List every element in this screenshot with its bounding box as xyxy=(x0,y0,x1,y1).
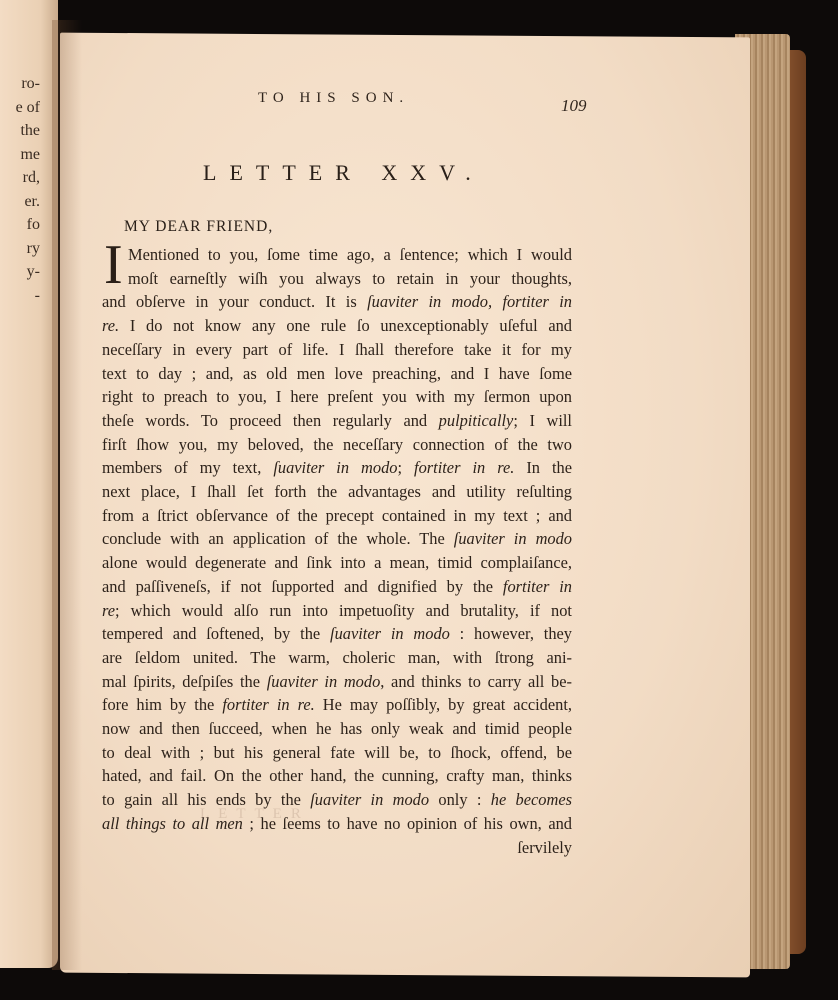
left-page-fragment: y- xyxy=(0,260,40,284)
salutation: MY DEAR FRIEND, xyxy=(124,218,273,236)
text-segment: : however, they xyxy=(450,624,572,643)
catchword: ſervilely xyxy=(102,836,572,860)
text-segment: In the xyxy=(514,458,572,477)
text-line: right to preach to you, I here preſent y… xyxy=(102,385,572,409)
italic-phrase: re. xyxy=(102,316,119,335)
text-segment: hated, and fail. On the other hand, the … xyxy=(102,766,572,785)
text-segment: mal ſpirits, deſpiſes the xyxy=(102,672,267,691)
text-line: theſe words. To proceed then regularly a… xyxy=(102,409,572,433)
text-segment: ; which would alſo run into impetuoſity … xyxy=(115,601,572,620)
text-segment: conclude with an application of the whol… xyxy=(102,529,454,548)
text-segment: only : xyxy=(429,790,491,809)
text-line: all things to all men ; he ſeems to have… xyxy=(102,812,572,836)
italic-phrase: fortiter in re. xyxy=(414,458,514,477)
text-segment: Mentioned to you, ſome time ago, a ſente… xyxy=(128,245,572,264)
text-line: alone would degenerate and ſink into a m… xyxy=(102,551,572,575)
text-line: and obſerve in your conduct. It is ſuavi… xyxy=(102,290,572,314)
text-segment: , and thinks to carry all be- xyxy=(380,672,572,691)
left-page-fragment: ro- xyxy=(0,72,40,96)
text-line: hated, and fail. On the other hand, the … xyxy=(102,764,572,788)
text-segment: He may poſſibly, by great accident, xyxy=(315,695,572,714)
italic-phrase: ſuaviter in modo xyxy=(454,529,572,548)
italic-phrase: fortiter in re. xyxy=(222,695,314,714)
text-line: re; which would alſo run into impetuoſit… xyxy=(102,599,572,623)
text-line: firſt ſhow you, my beloved, the neceſſar… xyxy=(102,433,572,457)
text-line: next place, I ſhall ſet forth the advant… xyxy=(102,480,572,504)
left-page-fragment: er. xyxy=(0,190,40,214)
left-page-fragment: - xyxy=(0,284,40,308)
text-line: and paſſiveneſs, if not ſupported and di… xyxy=(102,575,572,599)
text-segment: ; I will xyxy=(513,411,572,430)
text-line: to deal with ; but his general fate will… xyxy=(102,741,572,765)
text-segment: members of my text, xyxy=(102,458,273,477)
text-line: now and then ſucceed, when he has only w… xyxy=(102,717,572,741)
text-line: text to day ; and, as old men love preac… xyxy=(102,362,572,386)
text-line: to gain all his ends by the ſuaviter in … xyxy=(102,788,572,812)
text-line: tempered and ſoftened, by the ſuaviter i… xyxy=(102,622,572,646)
text-segment: theſe words. To proceed then regularly a… xyxy=(102,411,439,430)
text-segment: are ſeldom united. The warm, choleric ma… xyxy=(102,648,572,667)
italic-phrase: ſuaviter in modo, fortiter in xyxy=(367,292,572,311)
text-segment: neceſſary in every part of life. I ſhall… xyxy=(102,340,572,359)
left-page-fragment: me xyxy=(0,143,40,167)
left-page-fragment: ry xyxy=(0,237,40,261)
text-line: moſt earneſtly wiſh you always to retain… xyxy=(102,267,572,291)
text-segment: tempered and ſoftened, by the xyxy=(102,624,330,643)
text-line: mal ſpirits, deſpiſes the ſuaviter in mo… xyxy=(102,670,572,694)
italic-phrase: fortiter in xyxy=(503,577,572,596)
text-line: fore him by the fortiter in re. He may p… xyxy=(102,693,572,717)
text-line: are ſeldom united. The warm, choleric ma… xyxy=(102,646,572,670)
text-segment: next place, I ſhall ſet forth the advant… xyxy=(102,482,572,501)
italic-phrase: ſuaviter in modo xyxy=(273,458,397,477)
italic-phrase: ſuaviter in modo xyxy=(310,790,429,809)
page-number: 109 xyxy=(561,96,587,116)
text-segment: alone would degenerate and ſink into a m… xyxy=(102,553,572,572)
text-line: neceſſary in every part of life. I ſhall… xyxy=(102,338,572,362)
text-segment: moſt earneſtly wiſh you always to retain… xyxy=(128,269,572,288)
letter-body: Mentioned to you, ſome time ago, a ſente… xyxy=(102,243,572,859)
left-page-fragment: fo xyxy=(0,213,40,237)
left-page-fragment: rd, xyxy=(0,166,40,190)
left-page-text-fragments: ro-e ofthemerd,er.foryy-- xyxy=(0,72,40,307)
text-segment: fore him by the xyxy=(102,695,222,714)
text-line: re. I do not know any one rule ſo unexce… xyxy=(102,314,572,338)
text-line: members of my text, ſuaviter in modo; fo… xyxy=(102,456,572,480)
text-segment: I do not know any one rule ſo unexceptio… xyxy=(119,316,572,335)
running-head: TO HIS SON. xyxy=(258,90,409,107)
italic-phrase: ſuaviter in modo xyxy=(330,624,450,643)
text-segment: firſt ſhow you, my beloved, the neceſſar… xyxy=(102,435,572,454)
book-gutter-shadow xyxy=(52,20,82,970)
text-line: Mentioned to you, ſome time ago, a ſente… xyxy=(102,243,572,267)
text-segment: and obſerve in your conduct. It is xyxy=(102,292,367,311)
italic-phrase: pulpitically xyxy=(439,411,514,430)
text-segment: right to preach to you, I here preſent y… xyxy=(102,387,572,406)
text-segment: from a ſtrict obſervance of the precept … xyxy=(102,506,572,525)
text-segment: now and then ſucceed, when he has only w… xyxy=(102,719,572,738)
text-segment: ; xyxy=(397,458,414,477)
text-segment: and paſſiveneſs, if not ſupported and di… xyxy=(102,577,503,596)
italic-phrase: re xyxy=(102,601,115,620)
letter-title: LETTER XXV. xyxy=(203,160,484,186)
italic-phrase: ſuaviter in modo xyxy=(267,672,381,691)
left-page-fragment: e of xyxy=(0,96,40,120)
bleed-through-ghost: LETTER xyxy=(200,806,310,823)
text-segment: text to day ; and, as old men love preac… xyxy=(102,364,572,383)
left-page-fragment: the xyxy=(0,119,40,143)
italic-phrase: he becomes xyxy=(491,790,572,809)
text-segment: to deal with ; but his general fate will… xyxy=(102,743,572,762)
left-page: ro-e ofthemerd,er.foryy-- xyxy=(0,0,58,968)
text-line: conclude with an application of the whol… xyxy=(102,527,572,551)
text-line: from a ſtrict obſervance of the precept … xyxy=(102,504,572,528)
